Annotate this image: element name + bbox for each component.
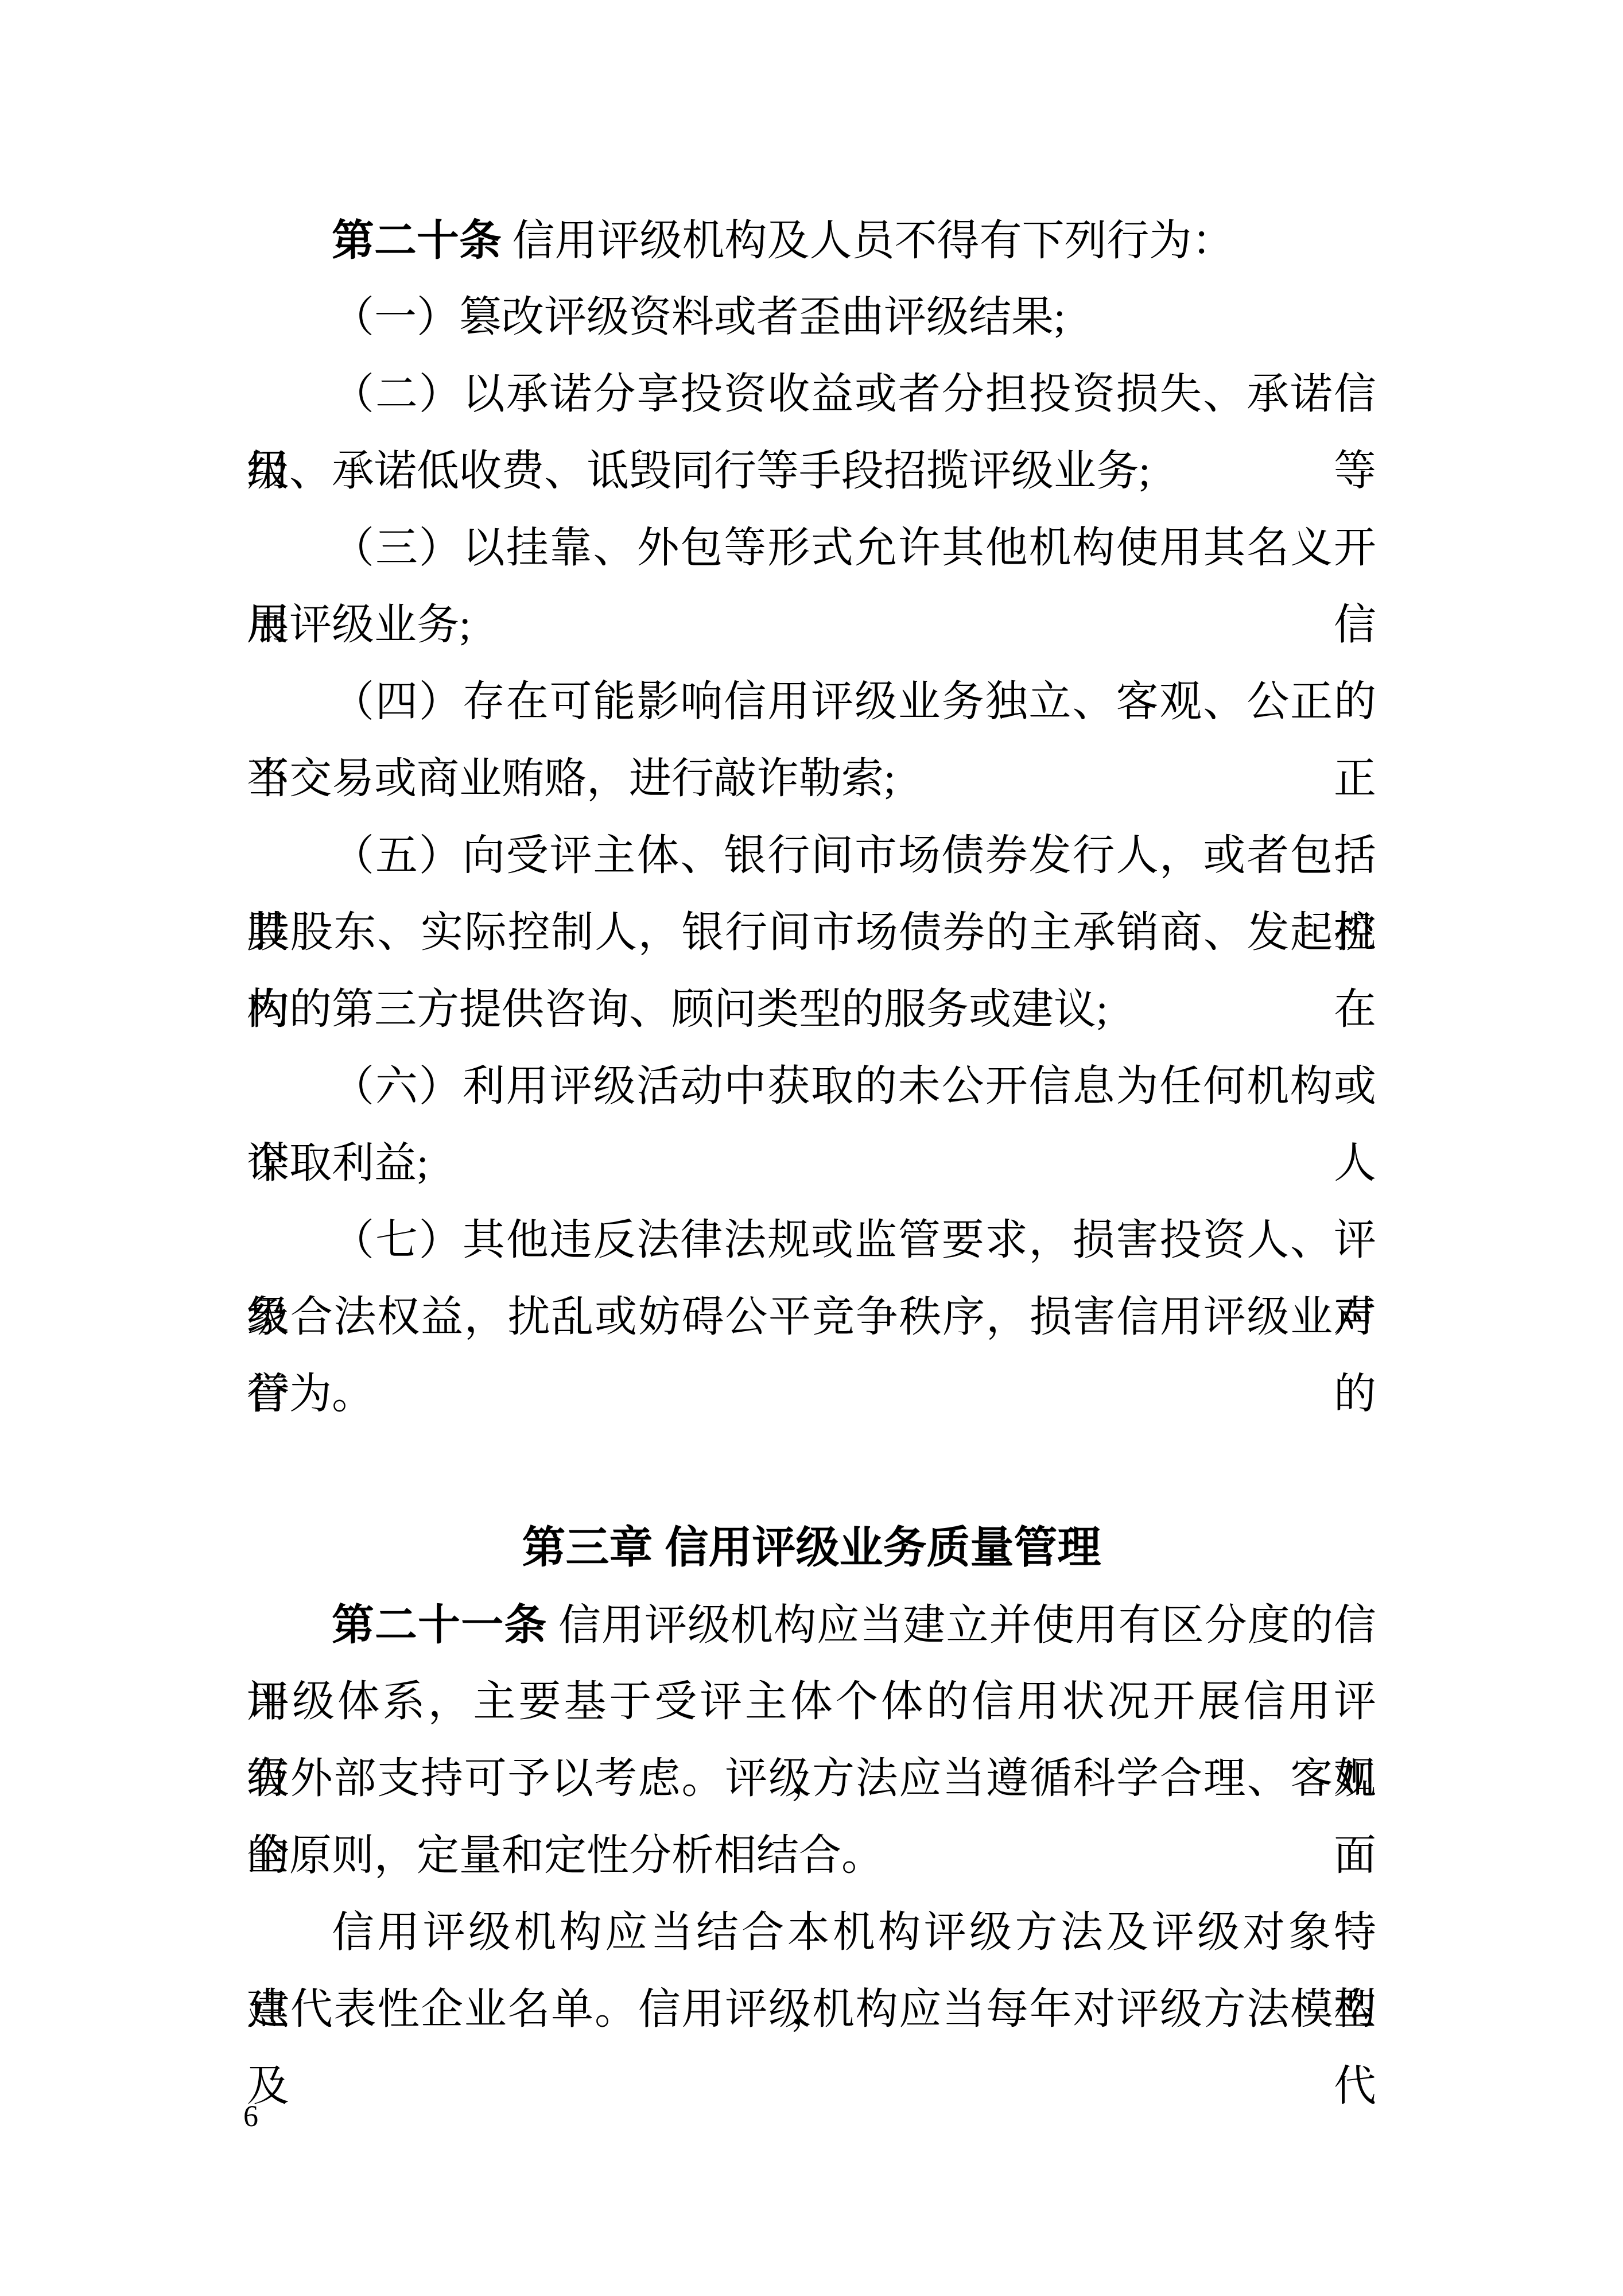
article-number: 第二十条 bbox=[332, 216, 502, 264]
chapter-heading: 第三章 信用评级业务质量管理 bbox=[247, 1510, 1376, 1587]
text-segment: 谋取利益; bbox=[247, 1140, 429, 1187]
text-line: （五）向受评主体、银行间市场债券发行人，或者包括其控 bbox=[247, 817, 1376, 894]
text-line: （六）利用评级活动中获取的未公开信息为任何机构或个人 bbox=[247, 1048, 1376, 1125]
text-segment: 象合法权益，扰乱或妨碍公平竞争秩序，损害信用评级业声誉的 bbox=[247, 1294, 1376, 1418]
text-line: （一）篡改评级资料或者歪曲评级结果; bbox=[247, 279, 1376, 356]
page-number: 6 bbox=[243, 2101, 258, 2133]
text-segment: 的原则，定量和定性分析相结合。 bbox=[247, 1832, 884, 1879]
document-page: 第二十条 信用评级机构及人员不得有下列行为：（一）篡改评级资料或者歪曲评级结果;… bbox=[0, 0, 1623, 2296]
text-line: 有外部支持可予以考虑。评级方法应当遵循科学合理、客观全面 bbox=[247, 1740, 1376, 1817]
text-segment: 信用评级机构及人员不得有下列行为： bbox=[502, 218, 1234, 265]
text-segment: （一）篡改评级资料或者歪曲评级结果; bbox=[332, 294, 1066, 341]
text-segment: 内的第三方提供咨询、顾问类型的服务或建议; bbox=[247, 986, 1108, 1033]
text-line: 评级体系，主要基于受评主体个体的信用状况开展信用评级，如 bbox=[247, 1663, 1376, 1740]
text-segment: 建代表性企业名单。信用评级机构应当每年对评级方法模型及代 bbox=[247, 1986, 1376, 2110]
text-segment: 当交易或商业贿赂，进行敲诈勒索; bbox=[247, 755, 896, 802]
blank-line bbox=[247, 1433, 1376, 1510]
text-line: 股股东、实际控制人，银行间市场债券的主承销商、发起机构在 bbox=[247, 894, 1376, 971]
text-line: 信用评级机构应当结合本机构评级方法及评级对象特点，构 bbox=[247, 1894, 1376, 1971]
text-segment: 用评级业务; bbox=[247, 602, 471, 649]
text-segment: 级、承诺低收费、诋毁同行等手段招揽评级业务; bbox=[247, 448, 1151, 495]
text-line: 第二十条 信用评级机构及人员不得有下列行为： bbox=[247, 202, 1376, 279]
text-segment: 行为。 bbox=[247, 1371, 374, 1418]
text-line: （二）以承诺分享投资收益或者分担投资损失、承诺信用等 bbox=[247, 356, 1376, 433]
text-line: （四）存在可能影响信用评级业务独立、客观、公正的不正 bbox=[247, 664, 1376, 740]
text-line: 象合法权益，扰乱或妨碍公平竞争秩序，损害信用评级业声誉的 bbox=[247, 1279, 1376, 1356]
text-line: （七）其他违反法律法规或监管要求，损害投资人、评级对 bbox=[247, 1202, 1376, 1279]
text-line: （三）以挂靠、外包等形式允许其他机构使用其名义开展信 bbox=[247, 510, 1376, 587]
text-line: 建代表性企业名单。信用评级机构应当每年对评级方法模型及代 bbox=[247, 1971, 1376, 2048]
article-number: 第二十一条 bbox=[332, 1601, 547, 1649]
article-number: 第三章 信用评级业务质量管理 bbox=[522, 1523, 1101, 1572]
text-line: 第二十一条 信用评级机构应当建立并使用有区分度的信用 bbox=[247, 1587, 1376, 1663]
document-body: 第二十条 信用评级机构及人员不得有下列行为：（一）篡改评级资料或者歪曲评级结果;… bbox=[247, 202, 1376, 2048]
